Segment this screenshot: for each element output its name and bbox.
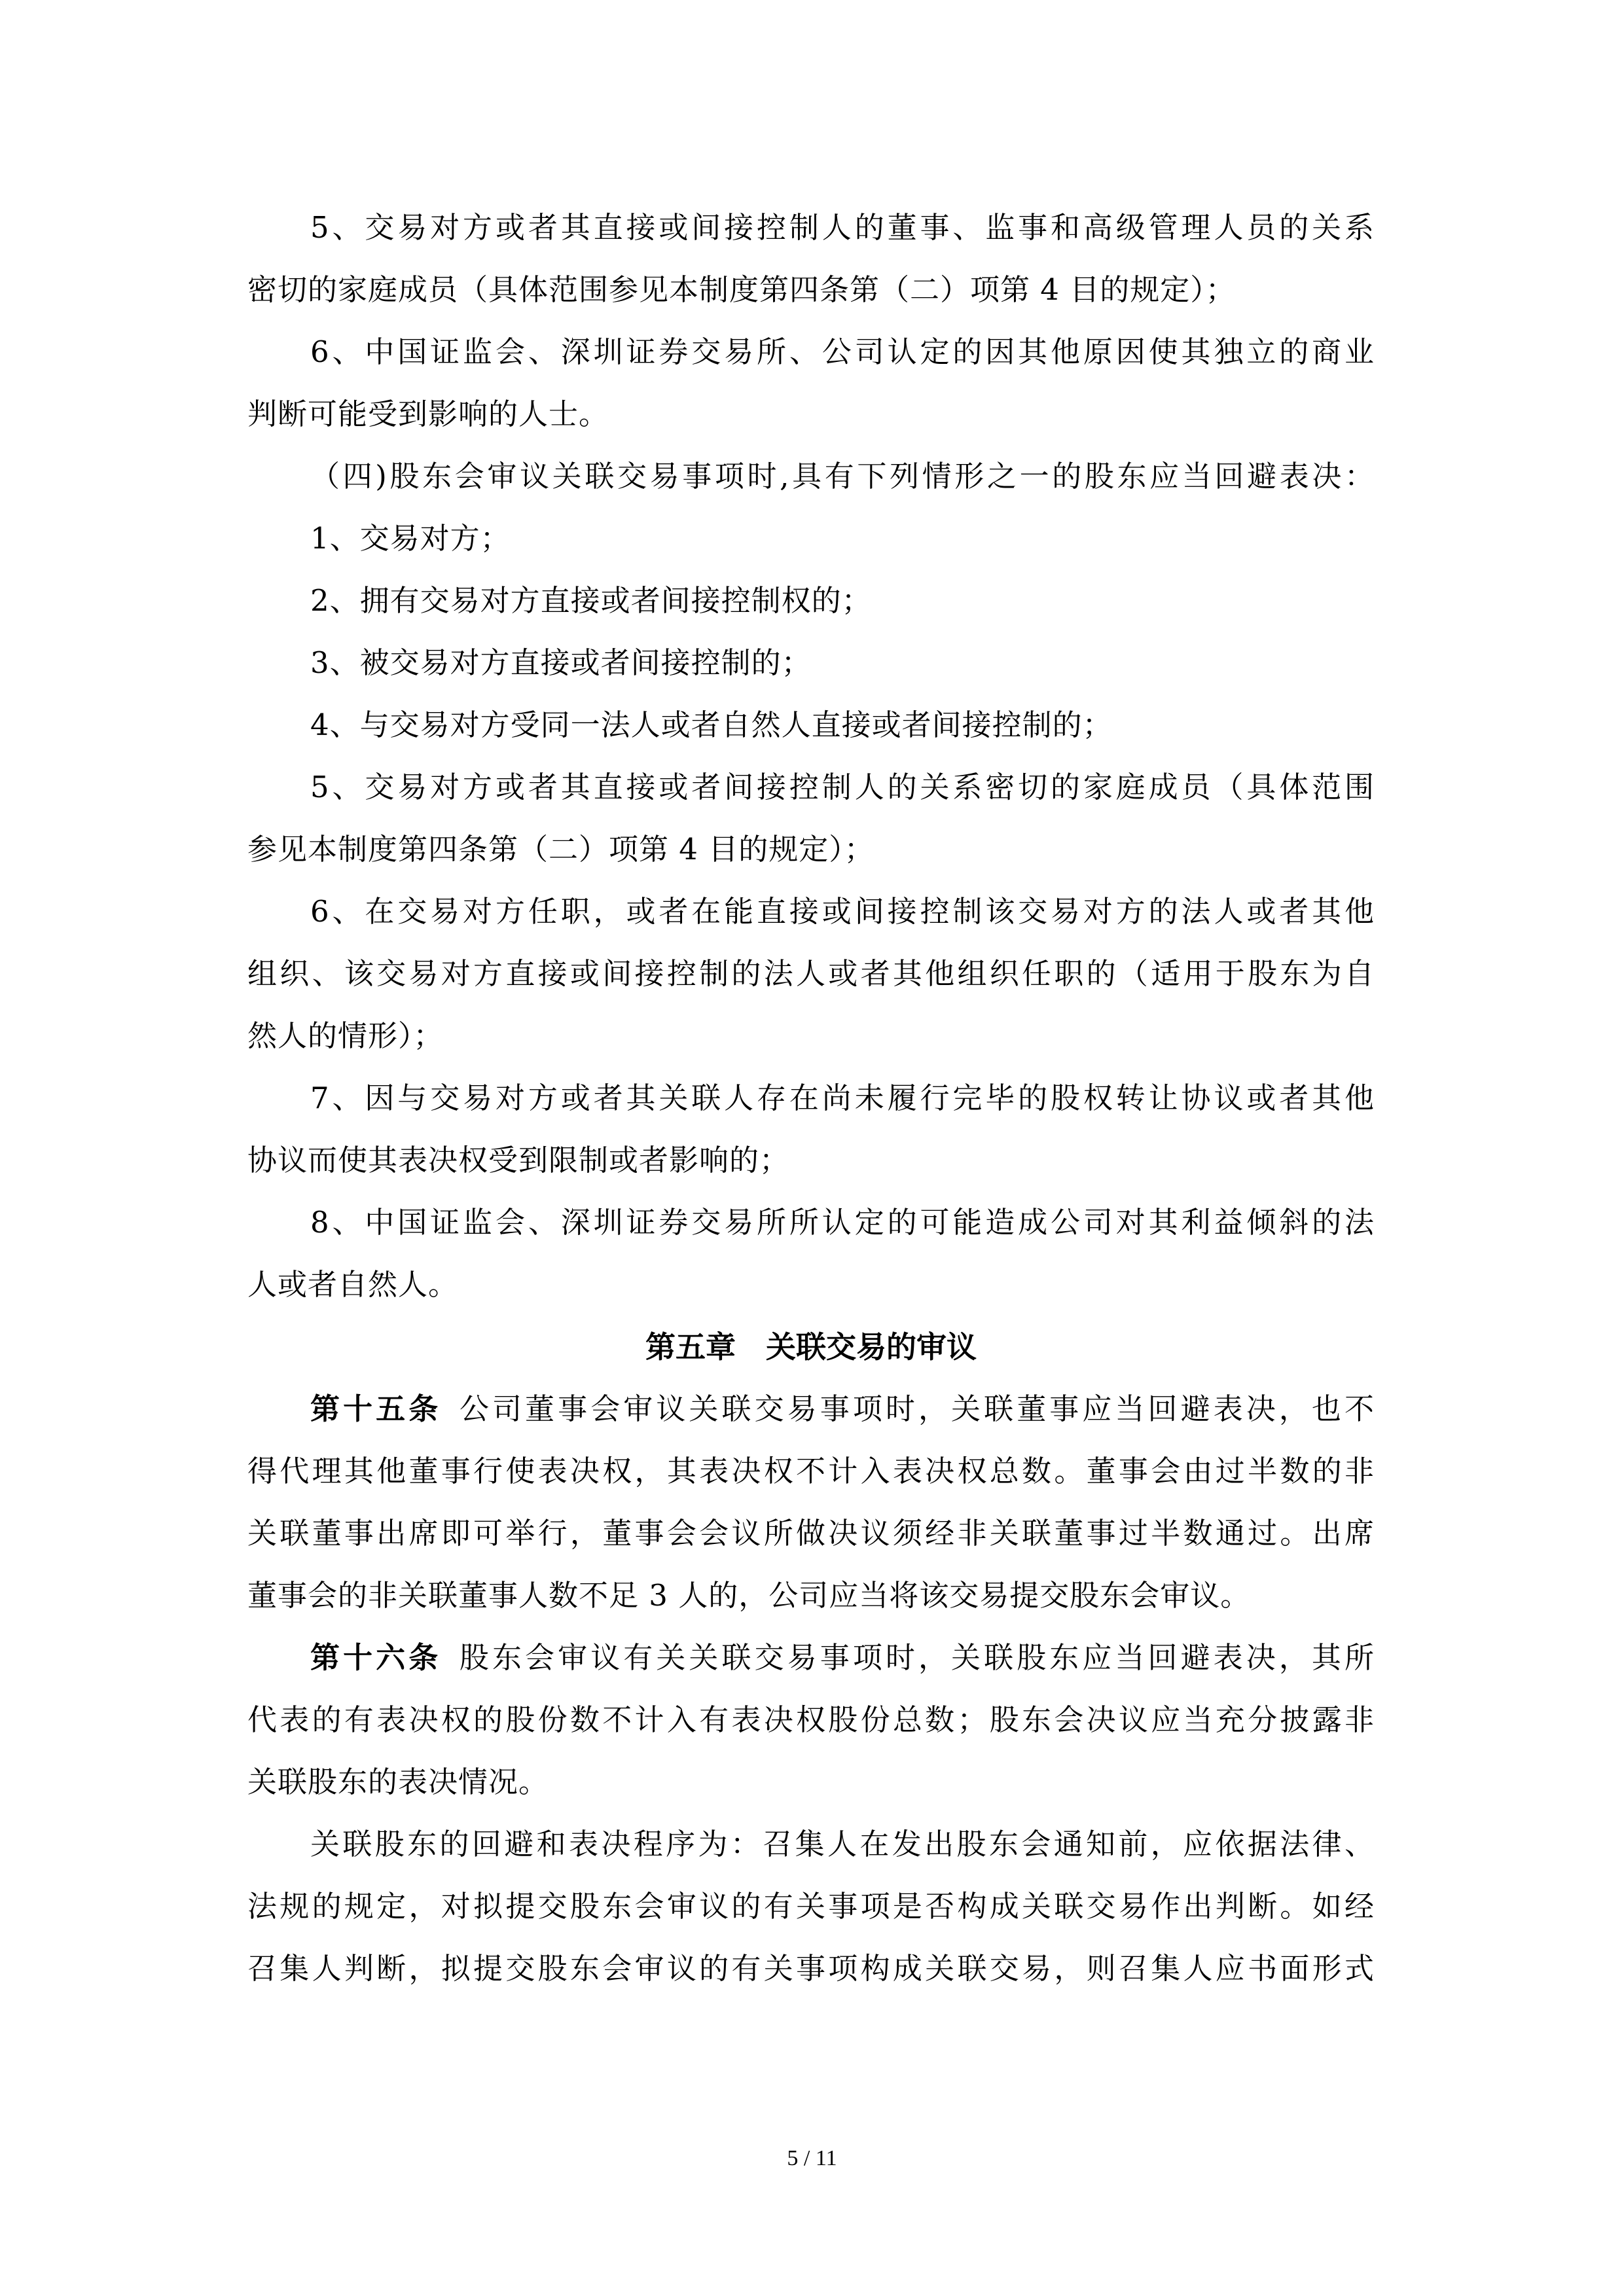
article-first-line: 第十五条 公司董事会审议关联交易事项时，关联董事应当回避表决，也不 [310,1390,1375,1429]
article-number: 第十五条 [310,1391,441,1426]
paragraph-line: 得代理其他董事行使表决权，其表决权不计入表决权总数。董事会由过半数的非 [247,1452,1375,1491]
list-item-continuation: 然人的情形）； [247,1016,1375,1056]
list-item: 5、交易对方或者其直接或者间接控制人的关系密切的家庭成员（具体范围 [310,768,1375,807]
paragraph-line: 6、中国证监会、深圳证券交易所、公司认定的因其他原因使其独立的商业 [310,332,1375,372]
list-item: 3、被交易对方直接或者间接控制的； [310,643,1375,683]
article-sep [441,1391,457,1426]
paragraph-line: 法规的规定，对拟提交股东会审议的有关事项是否构成关联交易作出判断。如经 [247,1887,1375,1926]
chapter-heading: 第五章 关联交易的审议 [247,1327,1375,1367]
list-item: 4、与交易对方受同一法人或者自然人直接或者间接控制的； [310,706,1375,745]
document-page: 5、交易对方或者其直接或间接控制人的董事、监事和高级管理人员的关系 密切的家庭成… [0,0,1624,2296]
page-number: 5 / 11 [0,2145,1624,2172]
paragraph-line: 关联股东的表决情况。 [247,1763,1375,1802]
article-text: 股东会审议有关关联交易事项时，关联股东应当回避表决，其所 [457,1640,1375,1675]
paragraph-line: 关联董事出席即可举行，董事会会议所做决议须经非关联董事过半数通过。出席 [247,1514,1375,1553]
paragraph-line: 董事会的非关联董事人数不足 3 人的，公司应当将该交易提交股东会审议。 [247,1576,1375,1615]
section-intro-line: （四)股东会审议关联交易事项时,具有下列情形之一的股东应当回避表决： [310,457,1375,496]
list-item-continuation: 人或者自然人。 [247,1265,1375,1304]
list-item-continuation: 组织、该交易对方直接或间接控制的法人或者其他组织任职的（适用于股东为自 [247,954,1375,994]
paragraph-line: 召集人判断，拟提交股东会审议的有关事项构成关联交易，则召集人应书面形式 [247,1949,1375,1988]
paragraph-line: 代表的有表决权的股份数不计入有表决权股份总数；股东会决议应当充分披露非 [247,1700,1375,1740]
article-number: 第十六条 [310,1640,441,1675]
paragraph-line: 判断可能受到影响的人士。 [247,395,1375,434]
list-item: 7、因与交易对方或者其关联人存在尚未履行完毕的股权转让协议或者其他 [310,1079,1375,1118]
article-sep [441,1640,457,1675]
list-item: 8、中国证监会、深圳证券交易所所认定的可能造成公司对其利益倾斜的法 [310,1203,1375,1242]
article-first-line: 第十六条 股东会审议有关关联交易事项时，关联股东应当回避表决，其所 [310,1638,1375,1677]
list-item: 6、在交易对方任职，或者在能直接或间接控制该交易对方的法人或者其他 [310,892,1375,931]
paragraph-line: 密切的家庭成员（具体范围参见本制度第四条第（二）项第 4 目的规定）； [247,270,1375,310]
paragraph-line: 5、交易对方或者其直接或间接控制人的董事、监事和高级管理人员的关系 [310,208,1375,247]
article-text: 公司董事会审议关联交易事项时，关联董事应当回避表决，也不 [457,1391,1375,1426]
list-item: 1、交易对方； [310,519,1375,558]
list-item: 2、拥有交易对方直接或者间接控制权的； [310,581,1375,620]
paragraph-line: 关联股东的回避和表决程序为：召集人在发出股东会通知前，应依据法律、 [310,1825,1375,1864]
list-item-continuation: 协议而使其表决权受到限制或者影响的； [247,1141,1375,1180]
list-item-continuation: 参见本制度第四条第（二）项第 4 目的规定）； [247,830,1375,869]
